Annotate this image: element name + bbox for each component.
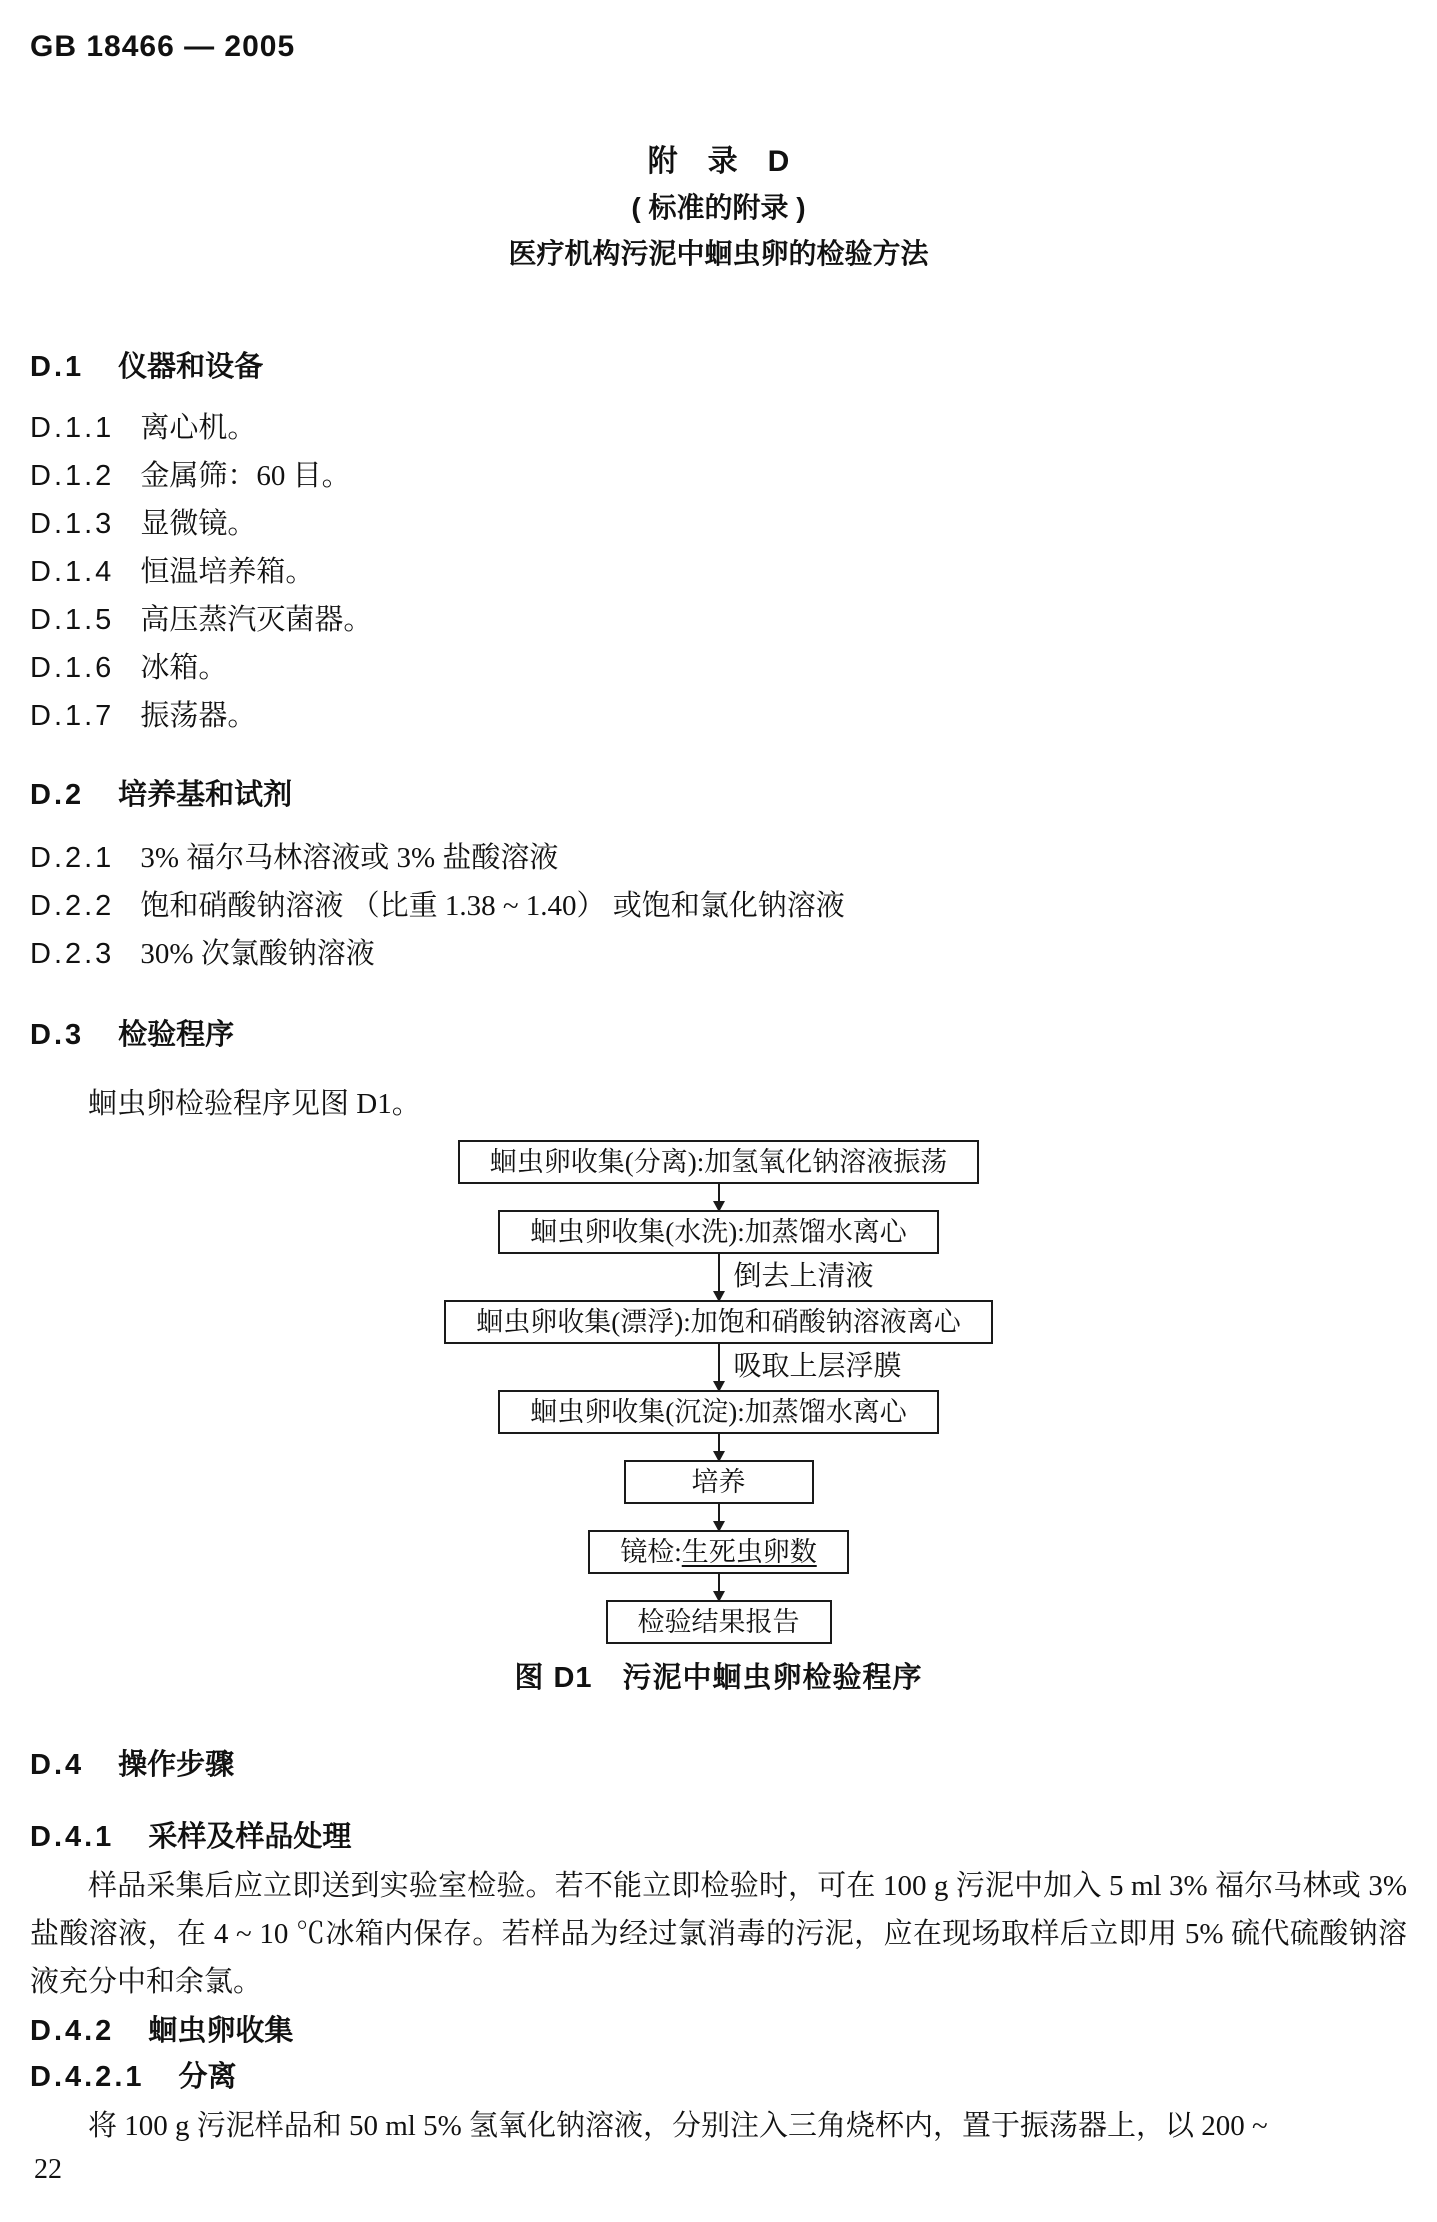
section-d4-title: 操作步骤 — [118, 1749, 234, 1781]
section-d3-title: 检验程序 — [118, 1019, 234, 1051]
flowchart-node: 蛔虫卵收集(分离):加氢氧化钠溶液振荡 — [458, 1140, 979, 1184]
section-d4-heading: D.4操作步骤 — [30, 1742, 234, 1783]
item-label: D.1.5 — [30, 596, 114, 644]
flowchart-node: 蛔虫卵收集(沉淀):加蒸馏水离心 — [498, 1390, 938, 1434]
numbered-item: D.1.2金属筛：60 目。 — [30, 452, 1407, 500]
section-d42-title: 蛔虫卵收集 — [148, 2015, 293, 2047]
item-text: 恒温培养箱。 — [140, 556, 314, 588]
item-label: D.2.3 — [30, 930, 114, 978]
flowchart-node-underlined-text: 生死虫卵数 — [682, 1537, 817, 1567]
figure-d1-flowchart: 蛔虫卵收集(分离):加氢氧化钠溶液振荡蛔虫卵收集(水洗):加蒸馏水离心倒去上清液… — [0, 1140, 1437, 1644]
flowchart-arrow-down — [718, 1184, 720, 1210]
flowchart-node-text: 蛔虫卵收集(分离):加氢氧化钠溶液振荡 — [490, 1147, 947, 1177]
item-label: D.2.2 — [30, 882, 114, 930]
appendix-method-title: 医疗机构污泥中蛔虫卵的检验方法 — [0, 232, 1437, 272]
numbered-item: D.1.6冰箱。 — [30, 644, 1407, 692]
item-label: D.2.1 — [30, 834, 114, 882]
numbered-item: D.1.5高压蒸汽灭菌器。 — [30, 596, 1407, 644]
item-text: 振荡器。 — [140, 700, 256, 732]
section-d421-heading: D.4.2.1分离 — [30, 2054, 237, 2095]
flowchart-node-text: 蛔虫卵收集(沉淀):加蒸馏水离心 — [530, 1397, 906, 1427]
item-label: D.1.2 — [30, 452, 114, 500]
section-d3-intro: 蛔虫卵检验程序见图 D1。 — [30, 1080, 1407, 1128]
flowchart-node: 培养 — [624, 1460, 814, 1504]
flowchart-arrow-down — [718, 1434, 720, 1460]
item-text: 30% 次氯酸钠溶液 — [140, 938, 374, 970]
section-d41-paragraph: 样品采集后应立即送到实验室检验。若不能立即检验时，可在 100 g 污泥中加入 … — [30, 1862, 1407, 2006]
section-d41-label: D.4.1 — [30, 1821, 114, 1854]
section-d41-title: 采样及样品处理 — [148, 1821, 351, 1853]
flowchart-arrow-down — [718, 1504, 720, 1530]
section-d1-heading: D.1仪器和设备 — [30, 344, 263, 385]
flowchart-edge-label: 吸取上层浮膜 — [734, 1344, 902, 1384]
item-label: D.1.7 — [30, 692, 114, 740]
item-label: D.1.4 — [30, 548, 114, 596]
flowchart-node-text: 培养 — [692, 1467, 746, 1497]
flowchart-node: 蛔虫卵收集(漂浮):加饱和硝酸钠溶液离心 — [444, 1300, 992, 1344]
section-d3-heading: D.3检验程序 — [30, 1012, 234, 1053]
section-d41-heading: D.4.1采样及样品处理 — [30, 1814, 351, 1855]
item-label: D.1.6 — [30, 644, 114, 692]
page-number: 22 — [34, 2154, 62, 2186]
appendix-title: 附 录 D — [0, 136, 1437, 180]
section-d1-title: 仪器和设备 — [118, 351, 263, 383]
flowchart-node: 检验结果报告 — [606, 1600, 832, 1644]
section-d421-label: D.4.2.1 — [30, 2061, 145, 2094]
section-d421-title: 分离 — [179, 2061, 237, 2093]
standard-number-header: GB 18466 — 2005 — [30, 30, 295, 64]
numbered-item: D.2.13% 福尔马林溶液或 3% 盐酸溶液 — [30, 834, 1407, 882]
document-page: GB 18466 — 2005 附 录 D ( 标准的附录 ) 医疗机构污泥中蛔… — [0, 0, 1437, 2222]
section-d1-label: D.1 — [30, 351, 84, 384]
numbered-item: D.2.330% 次氯酸钠溶液 — [30, 930, 1407, 978]
numbered-item: D.1.3显微镜。 — [30, 500, 1407, 548]
flowchart-node-text: 蛔虫卵收集(漂浮):加饱和硝酸钠溶液离心 — [476, 1307, 960, 1337]
item-label: D.1.1 — [30, 404, 114, 452]
numbered-item: D.2.2饱和硝酸钠溶液 （比重 1.38 ~ 1.40） 或饱和氯化钠溶液 — [30, 882, 1407, 930]
item-text: 显微镜。 — [140, 508, 256, 540]
item-text: 金属筛：60 目。 — [140, 460, 350, 492]
numbered-item: D.1.4恒温培养箱。 — [30, 548, 1407, 596]
section-d421-paragraph: 将 100 g 污泥样品和 50 ml 5% 氢氧化钠溶液，分别注入三角烧杯内，… — [30, 2102, 1407, 2150]
item-label: D.1.3 — [30, 500, 114, 548]
flowchart-edge-label: 倒去上清液 — [734, 1254, 874, 1294]
section-d3-label: D.3 — [30, 1019, 84, 1052]
item-text: 冰箱。 — [140, 652, 227, 684]
appendix-subtitle: ( 标准的附录 ) — [0, 186, 1437, 226]
section-d1-item-list: D.1.1离心机。D.1.2金属筛：60 目。D.1.3显微镜。D.1.4恒温培… — [30, 404, 1407, 740]
flowchart-node-text: 镜检: — [620, 1537, 682, 1567]
flowchart-node-text: 蛔虫卵收集(水洗):加蒸馏水离心 — [530, 1217, 906, 1247]
figure-d1-caption: 图 D1 污泥中蛔虫卵检验程序 — [0, 1655, 1437, 1696]
section-d2-heading: D.2培养基和试剂 — [30, 772, 292, 813]
flowchart-arrow-down — [718, 1574, 720, 1600]
item-text: 高压蒸汽灭菌器。 — [140, 604, 372, 636]
section-d42-heading: D.4.2蛔虫卵收集 — [30, 2008, 293, 2049]
section-d4-label: D.4 — [30, 1749, 84, 1782]
item-text: 饱和硝酸钠溶液 （比重 1.38 ~ 1.40） 或饱和氯化钠溶液 — [140, 890, 844, 922]
flowchart-arrow-down: 吸取上层浮膜 — [718, 1344, 720, 1390]
numbered-item: D.1.7振荡器。 — [30, 692, 1407, 740]
item-text: 3% 福尔马林溶液或 3% 盐酸溶液 — [140, 842, 558, 874]
section-d42-label: D.4.2 — [30, 2015, 114, 2048]
section-d2-title: 培养基和试剂 — [118, 779, 292, 811]
section-d2-item-list: D.2.13% 福尔马林溶液或 3% 盐酸溶液D.2.2饱和硝酸钠溶液 （比重 … — [30, 834, 1407, 978]
flowchart-node: 镜检:生死虫卵数 — [588, 1530, 849, 1574]
numbered-item: D.1.1离心机。 — [30, 404, 1407, 452]
section-d2-label: D.2 — [30, 779, 84, 812]
flowchart-node-text: 检验结果报告 — [638, 1607, 800, 1637]
flowchart-arrow-down: 倒去上清液 — [718, 1254, 720, 1300]
item-text: 离心机。 — [140, 412, 256, 444]
flowchart-node: 蛔虫卵收集(水洗):加蒸馏水离心 — [498, 1210, 938, 1254]
